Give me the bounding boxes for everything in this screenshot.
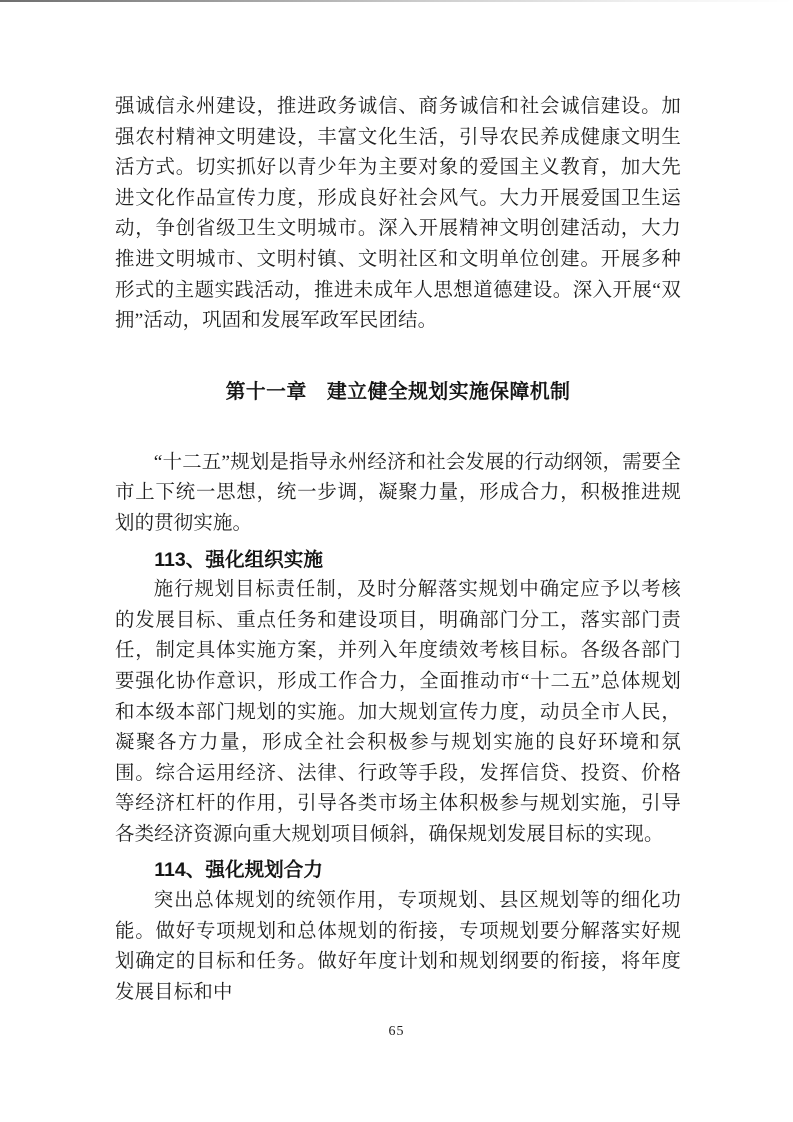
- document-page: 强诚信永州建设，推进政务诚信、商务诚信和社会诚信建设。加强农村精神文明建设，丰富…: [0, 0, 793, 1122]
- page-number: 65: [0, 1024, 793, 1040]
- intro-paragraph: 强诚信永州建设，推进政务诚信、商务诚信和社会诚信建设。加强农村精神文明建设，丰富…: [115, 92, 681, 337]
- chapter-intro-paragraph: “十二五”规划是指导永州经济和社会发展的行动纲领，需要全市上下统一思想，统一步调…: [115, 448, 681, 540]
- section-113-heading: 113、强化组织实施: [115, 545, 681, 576]
- chapter-heading: 第十一章 建立健全规划实施保障机制: [115, 377, 681, 407]
- text-block: 强诚信永州建设，推进政务诚信、商务诚信和社会诚信建设。加强农村精神文明建设，丰富…: [115, 92, 681, 1008]
- section-114-paragraph: 突出总体规划的统领作用，专项规划、县区规划等的细化功能。做好专项规划和总体规划的…: [115, 886, 681, 1008]
- section-113-paragraph: 施行规划目标责任制，及时分解落实规划中确定应予以考核的发展目标、重点任务和建设项…: [115, 575, 681, 850]
- page-top-edge-line: [0, 0, 793, 2]
- section-114-heading: 114、强化规划合力: [115, 855, 681, 886]
